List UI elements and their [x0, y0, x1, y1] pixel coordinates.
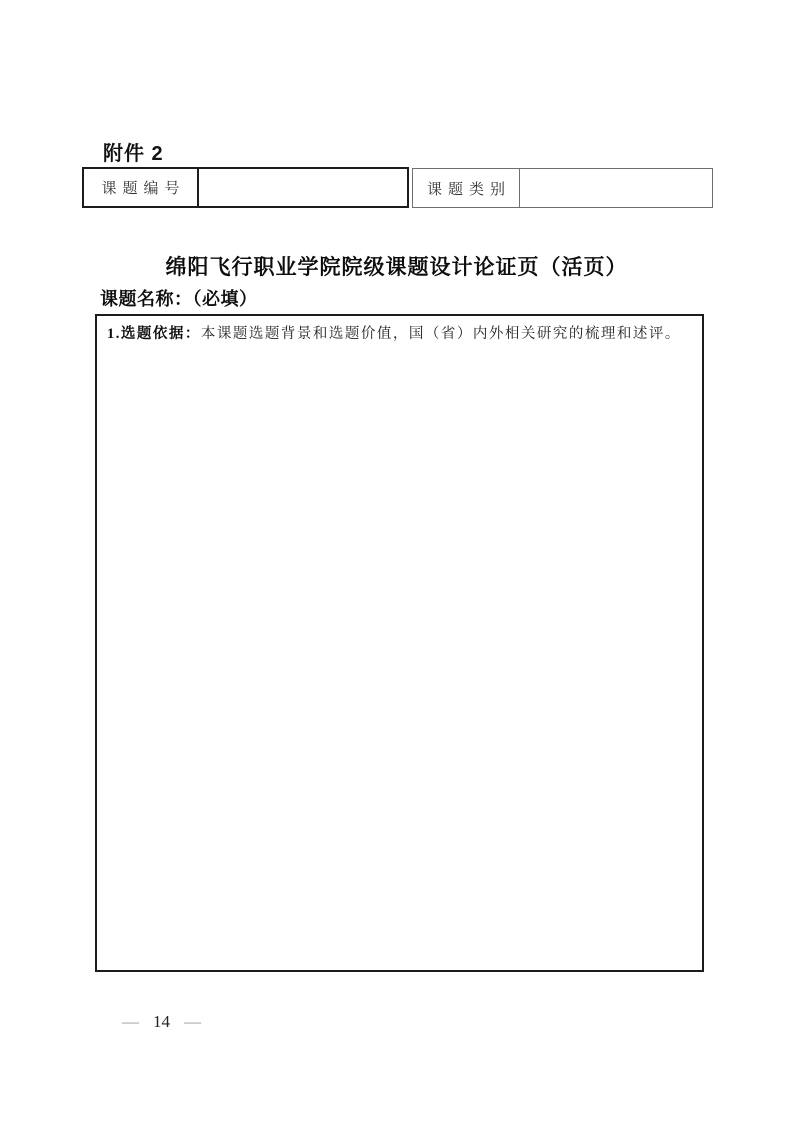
section1-heading: 1.选题依据： — [107, 326, 201, 342]
footer-right-dash: — — [184, 1012, 201, 1031]
project-category-label: 课题类别 — [421, 178, 511, 199]
footer-left-dash: — — [122, 1012, 139, 1031]
header-table-left: 课题编号 — [82, 167, 409, 208]
page-footer: —14— — [122, 1012, 201, 1032]
project-number-cell: 课题编号 — [84, 169, 199, 206]
section1-description: 本课题选题背景和选题价值，国（省）内外相关研究的梳理和述评。 — [201, 326, 681, 342]
document-title: 绵阳飞行职业学院院级课题设计论证页（活页） — [0, 251, 793, 281]
project-name-label: 课题名称：（必填） — [100, 285, 258, 311]
section1-line: 1.选题依据：本课题选题背景和选题价值，国（省）内外相关研究的梳理和述评。 — [107, 324, 692, 346]
header-table-right: 课题类别 — [412, 168, 713, 208]
project-number-value-field[interactable] — [199, 169, 407, 206]
project-category-value-field[interactable] — [520, 169, 712, 207]
document-page: 附件 2 课题编号 课题类别 绵阳飞行职业学院院级课题设计论证页（活页） 课题名… — [0, 0, 793, 1122]
section1-content-box[interactable]: 1.选题依据：本课题选题背景和选题价值，国（省）内外相关研究的梳理和述评。 — [95, 314, 704, 972]
project-number-label: 课题编号 — [95, 177, 185, 198]
project-category-cell: 课题类别 — [413, 169, 520, 207]
attachment-label: 附件 2 — [103, 137, 164, 166]
page-number: 14 — [153, 1012, 170, 1031]
